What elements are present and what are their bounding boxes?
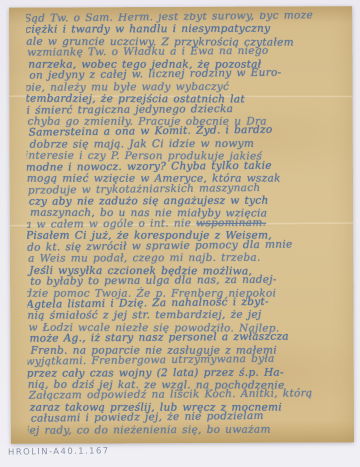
- letter-line: a Weis mu podał, czego mi najb. trzeba.: [28, 252, 352, 265]
- letter-line-text: modne i nowocz. wzory? Chyba tylko takie: [26, 159, 272, 173]
- letter-line-text: ciężki i twardy w handlu i niesympatyczn…: [26, 23, 270, 36]
- letter-line-text: przez cały czas wojny (2 lata) przez ś.p…: [27, 366, 284, 379]
- letter-paper: Sąd Tw. o Sam. Herm. jest zbyt surowy, b…: [9, 6, 354, 443]
- letter-line-text: jej rady, co do nieżenienia się, bo uważ…: [26, 423, 271, 436]
- letter-line: nią śmiałość z jej str. tembardziej, że …: [27, 310, 351, 323]
- letter-line: to byłaby to pewna ulga dla nas, za nade…: [30, 274, 352, 288]
- letter-line: ciężki i twardy w handlu i niesympatyczn…: [26, 24, 349, 37]
- archive-reference: HROLIN-A40.1.167: [8, 446, 110, 457]
- letter-line-text: a w całem w ogóle o int. nie: [26, 217, 196, 230]
- letter-line: i śmierć tragiczna jedynego dziecka: [26, 103, 350, 117]
- letter-line-text: on jedyny z całej w. licznej rodziny w E…: [29, 67, 281, 82]
- letter-line-text: a Weis mu podał, czego mi najb. trzeba.: [28, 252, 260, 265]
- letter-line: wzmiankę Tw. o Władku a i Ewa na niego: [27, 45, 351, 59]
- letter-line-text: wzmiankę Tw. o Władku a i Ewa na niego: [27, 45, 268, 59]
- letter-line-text: Załączam odpowiedź na liścik Koch. Anitk…: [29, 388, 313, 402]
- letter-line-text: może Ag., iż stary nasz personel a zwłas…: [29, 331, 288, 345]
- letter-line-text: nią śmiałość z jej str. tembardziej, że …: [27, 309, 261, 322]
- letter-line-text: dobrze się mają. Jak Ci idzie w nowym: [30, 137, 255, 150]
- letter-text: Sąd Tw. o Sam. Herm. jest zbyt surowy, b…: [26, 12, 352, 439]
- scanned-letter: Sąd Tw. o Sam. Herm. jest zbyt surowy, b…: [0, 0, 360, 467]
- struck-word: wspominam.: [196, 217, 266, 230]
- letter-line: Załączam odpowiedź na liścik Koch. Anitk…: [29, 388, 352, 402]
- letter-line: przez cały czas wojny (2 lata) przez ś.p…: [27, 367, 351, 380]
- letter-line-text: pie, należy mu byłe wady wybaczyć: [26, 80, 229, 93]
- letter-line: jej rady, co do nieżenienia się, bo uważ…: [26, 424, 350, 437]
- letter-line-text: i śmierć tragiczna jedynego dziecka: [26, 102, 233, 116]
- letter-line: może Ag., iż stary nasz personel a zwłas…: [29, 331, 351, 345]
- letter-line: pie, należy mu byłe wady wybaczyć: [26, 81, 348, 94]
- letter-line-text: to byłaby to pewna ulga dla nas, za nade…: [30, 274, 277, 288]
- letter-line-text: czy aby nie zadużo się angażujesz w tych: [29, 195, 269, 208]
